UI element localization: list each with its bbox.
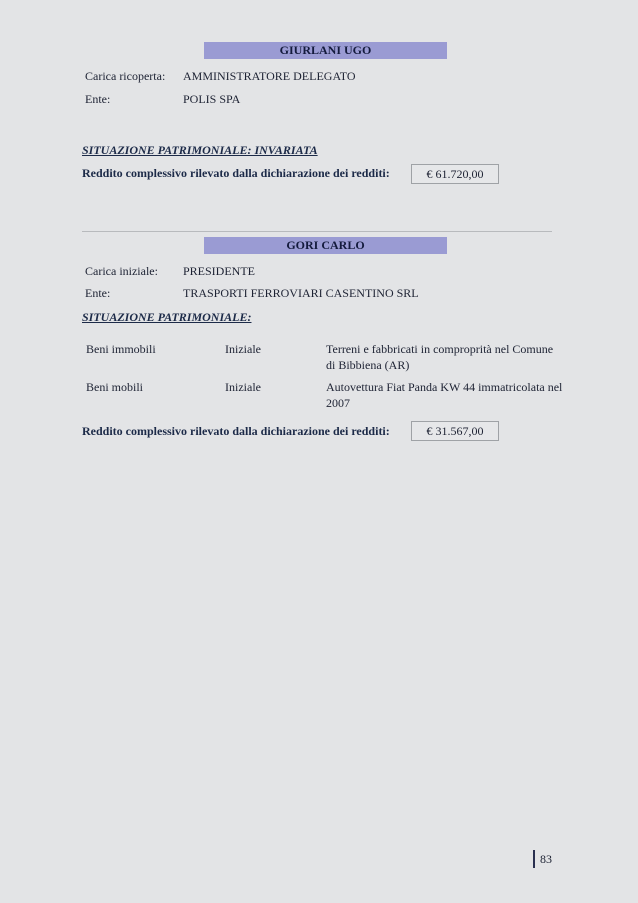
ente-label: Ente: [85,92,110,107]
situazione-patrimoniale-title: SITUAZIONE PATRIMONIALE: [82,310,251,325]
beni-stato: Iniziale [225,379,261,395]
carica-label: Carica ricoperta: [85,69,165,84]
reddito-label: Reddito complessivo rilevato dalla dichi… [82,166,390,181]
person-name-bar: GORI CARLO [204,237,447,254]
beni-tipo: Beni mobili [86,379,143,395]
situazione-patrimoniale-title: SITUAZIONE PATRIMONIALE: INVARIATA [82,143,318,158]
person-name-bar: GIURLANI UGO [204,42,447,59]
ente-value: POLIS SPA [183,92,240,107]
beni-descrizione: Autovettura Fiat Panda KW 44 immatricola… [326,379,564,411]
beni-stato: Iniziale [225,341,261,357]
beni-descrizione: Terreni e fabbricati in comproprità nel … [326,341,564,373]
carica-value: PRESIDENTE [183,264,255,279]
carica-value: AMMINISTRATORE DELEGATO [183,69,356,84]
page-number: 83 [533,850,552,868]
reddito-amount: € 61.720,00 [411,164,499,184]
section-divider [82,231,552,232]
ente-label: Ente: [85,286,110,301]
ente-value: TRASPORTI FERROVIARI CASENTINO SRL [183,286,419,301]
reddito-amount: € 31.567,00 [411,421,499,441]
beni-tipo: Beni immobili [86,341,156,357]
carica-label: Carica iniziale: [85,264,158,279]
reddito-label: Reddito complessivo rilevato dalla dichi… [82,424,390,439]
